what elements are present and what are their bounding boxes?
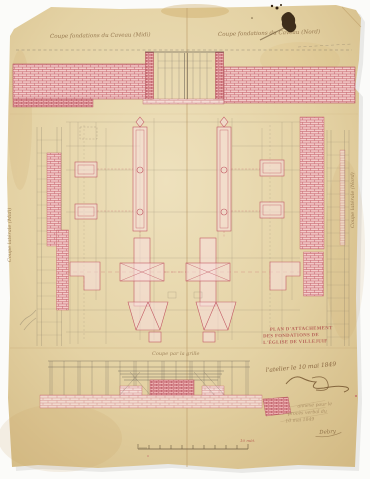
right-section-label: Coupe latérale (Nord) xyxy=(349,172,356,228)
masonry-band-right xyxy=(224,67,355,103)
right-masonry-column-upper xyxy=(300,117,324,249)
ink-speck xyxy=(271,5,273,7)
stain-bottom-left xyxy=(0,404,122,472)
ground-masonry-band xyxy=(40,395,262,408)
red-mark xyxy=(355,395,357,397)
tall-pier-right xyxy=(217,127,231,231)
left-section-label: Coupe latérale (Midi) xyxy=(6,208,13,262)
central-masonry-block xyxy=(150,380,194,397)
masonry-blob-right xyxy=(263,397,291,416)
stain-top xyxy=(161,4,229,18)
masonry-step-left xyxy=(13,99,93,107)
outer-pier-box xyxy=(260,160,284,176)
apse-pier xyxy=(149,332,161,342)
ink-speck xyxy=(276,7,279,10)
tall-pier-left xyxy=(133,127,147,231)
outer-pier-box xyxy=(260,202,284,218)
apse-pier xyxy=(203,332,215,342)
ink-speck xyxy=(280,4,282,6)
masonry-band-left xyxy=(13,64,146,99)
pier-left xyxy=(146,52,154,99)
outer-pier-box xyxy=(75,204,97,219)
bottom-section-label: Coupe par la grille xyxy=(152,351,200,357)
pier-right xyxy=(216,52,224,99)
left-masonry-column-lower xyxy=(57,230,69,310)
outer-pier-box xyxy=(75,162,97,177)
drawing-canvas: Coupe fondations du Caveau (Midi) Coupe … xyxy=(0,0,370,479)
red-mark xyxy=(147,455,149,457)
scale-label: 10 mèt. xyxy=(240,438,255,443)
scanned-drawing-page: Coupe fondations du Caveau (Midi) Coupe … xyxy=(0,0,370,479)
ink-speck xyxy=(251,17,253,19)
masonry-sill-center xyxy=(143,99,224,104)
right-masonry-column-lower xyxy=(304,252,324,296)
